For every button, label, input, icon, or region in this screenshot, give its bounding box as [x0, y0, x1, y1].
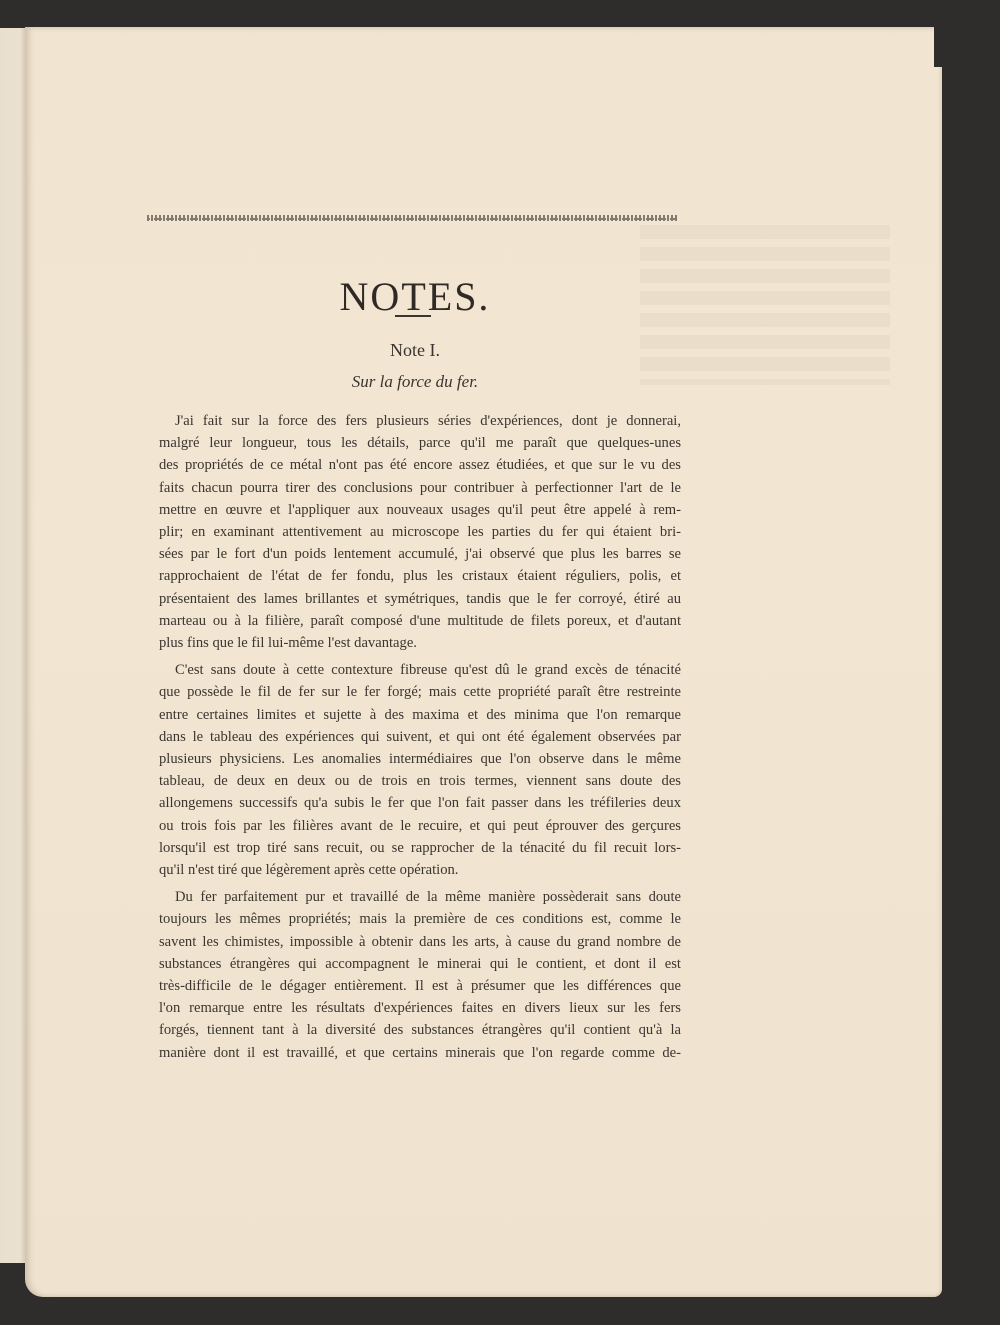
- text-line: tableau, de deux en deux ou de trois en …: [159, 770, 681, 792]
- text-line: mettre en œuvre et l'appliquer aux nouve…: [159, 499, 681, 521]
- paragraph-2: C'est sans doute à cette contexture fibr…: [159, 659, 681, 881]
- text-line: plir; en examinant attentivement au micr…: [159, 521, 681, 543]
- text-line: plus fins que le fil lui-même l'est dava…: [159, 632, 681, 654]
- text-line: faits chacun pourra tirer des conclusion…: [159, 477, 681, 499]
- text-line: que possède le fil de fer sur le fer for…: [159, 681, 681, 703]
- text-line: plusieurs physiciens. Les anomalies inte…: [159, 748, 681, 770]
- text-line: entre certaines limites et sujette à des…: [159, 704, 681, 726]
- text-line: des propriétés de ce métal n'ont pas été…: [159, 454, 681, 476]
- text-line: manière dont il est travaillé, et que ce…: [159, 1042, 681, 1064]
- page-corner: [934, 27, 942, 67]
- text-line: forgés, tiennent tant à la diversité des…: [159, 1019, 681, 1041]
- note-heading: Note I.: [140, 340, 690, 361]
- note-subtitle: Sur la force du fer.: [140, 372, 690, 392]
- text-line: lorsqu'il est trop tiré sans recuit, ou …: [159, 837, 681, 859]
- text-line: Du fer parfaitement pur et travaillé de …: [159, 886, 681, 908]
- text-line: marteau ou à la filière, paraît composé …: [159, 610, 681, 632]
- text-line: J'ai fait sur la force des fers plusieur…: [159, 410, 681, 432]
- text-line: malgré leur longueur, tous les détails, …: [159, 432, 681, 454]
- text-line: dans le tableau des expériences qui suiv…: [159, 726, 681, 748]
- text-line: rapprochaient de l'état de fer fondu, pl…: [159, 565, 681, 587]
- text-line: l'on remarque entre les résultats d'expé…: [159, 997, 681, 1019]
- text-line: substances étrangères qui accompagnent l…: [159, 953, 681, 975]
- text-line: toujours les mêmes propriétés; mais la p…: [159, 908, 681, 930]
- ornamental-rule: [147, 215, 677, 221]
- text-line: C'est sans doute à cette contexture fibr…: [159, 659, 681, 681]
- paragraph-1: J'ai fait sur la force des fers plusieur…: [159, 410, 681, 654]
- text-line: qu'il n'est tiré que légèrement après ce…: [159, 859, 681, 881]
- text-line: présentaient des lames brillantes et sym…: [159, 588, 681, 610]
- text-line: ou trois fois par les filières avant de …: [159, 815, 681, 837]
- title-divider: [395, 315, 431, 317]
- text-line: très-difficile de le dégager entièrement…: [159, 975, 681, 997]
- facing-page-edge: [0, 28, 25, 1263]
- text-line: savent les chimistes, impossible à obten…: [159, 931, 681, 953]
- paragraph-3: Du fer parfaitement pur et travaillé de …: [159, 886, 681, 1064]
- text-line: allongemens successifs qu'a subis le fer…: [159, 792, 681, 814]
- body-text: J'ai fait sur la force des fers plusieur…: [159, 410, 681, 1069]
- text-line: sées par le fort d'un poids lentement ac…: [159, 543, 681, 565]
- page-title: NOTES.: [140, 273, 690, 320]
